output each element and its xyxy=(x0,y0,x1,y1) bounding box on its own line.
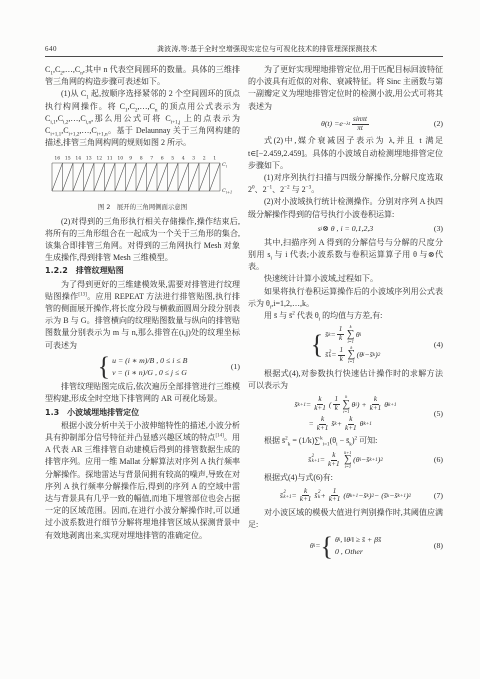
svg-text:16: 16 xyxy=(54,156,60,162)
equation: s̄2k+1 = kk+1k+1∑i=1(θi − s̄k+1)2(6) xyxy=(248,451,443,470)
journal-page: 640 龚波涛,等:基于全时空增强现实定位与可视化技术的排管埋深探测技术 C1,… xyxy=(0,0,480,679)
paragraph: 根据式(4)与式(6)有: xyxy=(248,472,443,484)
equation: {u = (i ∗ m)/B , 0 ≤ i ≤ Bv = (i ∗ n)/G … xyxy=(45,355,240,378)
svg-text:1: 1 xyxy=(213,156,216,162)
paragraph: 根据小波分析中关于小波伸缩特性的描述,小波分析具有抑制部分信号特征并凸显感兴趣区… xyxy=(45,420,240,542)
sum-operator: k∑i=1 xyxy=(348,346,356,365)
paragraph: 如果将执行卷积运算操作后的小波域序列用公式表示为 θi,i=1,2,…,k。 xyxy=(248,286,443,310)
paragraph: 为了得到更好的三维建模效果,需要对排管进行纹理贴图操作[13]。应用 REPEA… xyxy=(45,279,240,352)
equation: {s̄k = 1kk∑i=1θis̄2k = 1kk∑i=1(θi − s̄k)… xyxy=(248,325,443,365)
equation: s̄2k+1 = kk+1s̄2k + 1k+1(θk+1 − s̄k)2 − … xyxy=(248,488,443,505)
equation-number: (6) xyxy=(434,455,443,465)
article-body: C1,C2,…,Cn,其中 n 代表空间圆环的数量。具体的三维排管三角网的构造步… xyxy=(45,64,443,561)
svg-text:11: 11 xyxy=(106,156,112,162)
left-column: C1,C2,…,Cn,其中 n 代表空间圆环的数量。具体的三维排管三角网的构造步… xyxy=(45,64,240,561)
svg-text:Ci: Ci xyxy=(222,162,227,168)
page-header: 640 龚波涛,等:基于全时空增强现实定位与可视化技术的排管埋深探测技术 xyxy=(45,44,443,54)
paragraph: C1,C2,…,Cn,其中 n 代表空间圆环的数量。具体的三维排管三角网的构造步… xyxy=(45,64,240,88)
brace: { xyxy=(320,535,332,558)
equation-number: (7) xyxy=(434,491,443,501)
paragraph: (1)从 C1 起,按顺序选择紧邻的 2 个空间圆环的顶点执行构网操作。将 C1… xyxy=(45,88,240,149)
svg-text:8: 8 xyxy=(139,156,142,162)
paragraph: (2)对得到的三角形执行相关存储操作,操作结束后,将所有的三角形组合在一起成为一… xyxy=(45,216,240,265)
paragraph: 式(2)中,媒介衰减因子表示为 λ,并且 t 满足 t∈[−2.459,2.45… xyxy=(248,135,443,172)
header-rule xyxy=(45,56,443,57)
brace: { xyxy=(311,333,323,356)
right-column: 为了更好实现埋地排管定位,用于匹配目标回波特征的小波具有近似的对称、衰减特征。将… xyxy=(248,64,443,561)
svg-text:4: 4 xyxy=(181,156,184,162)
svg-text:5: 5 xyxy=(171,156,174,162)
svg-text:14: 14 xyxy=(75,156,81,162)
equation-number: (4) xyxy=(434,340,443,350)
paragraph: 对小波区域的模极大值进行判别操作时,其阈值应满足: xyxy=(248,507,443,531)
svg-text:7: 7 xyxy=(150,156,153,162)
equation-number: (2) xyxy=(434,119,443,129)
paragraph: 根据 s̄2k = (1/k)∑ki=1(θi − s̄k)2 可知: xyxy=(248,435,443,447)
paragraph: 根据式(4),对参数执行快速估计操作时的求解方法可以表示为 xyxy=(248,368,443,392)
svg-text:13: 13 xyxy=(85,156,91,162)
svg-text:3: 3 xyxy=(192,156,195,162)
paragraph: 排管纹理贴图完成后,依次遍历全部排管进行三维模型构建,形成全时空地下排管网的 A… xyxy=(45,381,240,405)
paragraph: 快速统计计算小波域,过程如下。 xyxy=(248,273,443,285)
equation: θ(t) = e−λt sinπtπt(2) xyxy=(248,116,443,133)
equation-number: (3) xyxy=(434,224,443,234)
paragraph: 其中,扫描序列 A 得到的分解信号与分解的尺度分别用 si 与 i 代表;小波系… xyxy=(248,237,443,274)
equation-number: (5) xyxy=(434,409,443,419)
figure-caption: 图 2 展开的三角网侧面示意图 xyxy=(45,203,240,212)
triangle-mesh-diagram: 16151413121110987654321CiCi+1 xyxy=(48,153,238,197)
sum-operator: k∑i=1 xyxy=(343,395,351,414)
equation-number: (8) xyxy=(434,541,443,551)
svg-text:Ci+1: Ci+1 xyxy=(222,188,232,194)
section-heading: 1.2.2 排管纹理贴图 xyxy=(45,265,240,277)
brace: { xyxy=(98,355,110,378)
svg-text:15: 15 xyxy=(64,156,70,162)
paragraph: 用 s̄ 与 s̄2 代表 θi 的均值与方差,有: xyxy=(248,310,443,322)
equation-number: (1) xyxy=(231,362,240,372)
figure-2: 16151413121110987654321CiCi+1 xyxy=(45,153,240,201)
sum-operator: k+1∑i=1 xyxy=(344,451,352,470)
paragraph: (2)对小波域执行统计检测操作。分别对序列 A 执四级分解操作得到的信号执行小波… xyxy=(248,196,443,220)
equation: s̄k+1 = kk+1(1kk∑i=1θi) + kk+1θk+1= kk+1… xyxy=(248,395,443,432)
svg-text:12: 12 xyxy=(96,156,102,162)
running-title: 龚波涛,等:基于全时空增强现实定位与可视化技术的排管埋深探测技术 xyxy=(91,44,443,54)
svg-text:6: 6 xyxy=(160,156,163,162)
section-heading: 1.3 小波域埋地排管定位 xyxy=(45,407,240,419)
svg-text:10: 10 xyxy=(117,156,123,162)
paragraph: 为了更好实现埋地排管定位,用于匹配目标回波特征的小波具有近似的对称、衰减特征。将… xyxy=(248,64,443,113)
equation: θi = {θi , ‖θi‖ ≥ s̄ + βs̄0 , Other(8) xyxy=(248,535,443,558)
svg-text:9: 9 xyxy=(129,156,132,162)
sum-operator: k∑i=1 xyxy=(347,325,355,344)
equation: si ⊗ θ , i = 0,1,2,3(3) xyxy=(248,224,443,234)
page-number: 640 xyxy=(45,45,91,53)
svg-text:2: 2 xyxy=(202,156,205,162)
paragraph: (1)对序列执行扫描与四级分解操作,分解尺度选取 20、2−1、2−2 与 2−… xyxy=(248,172,443,196)
